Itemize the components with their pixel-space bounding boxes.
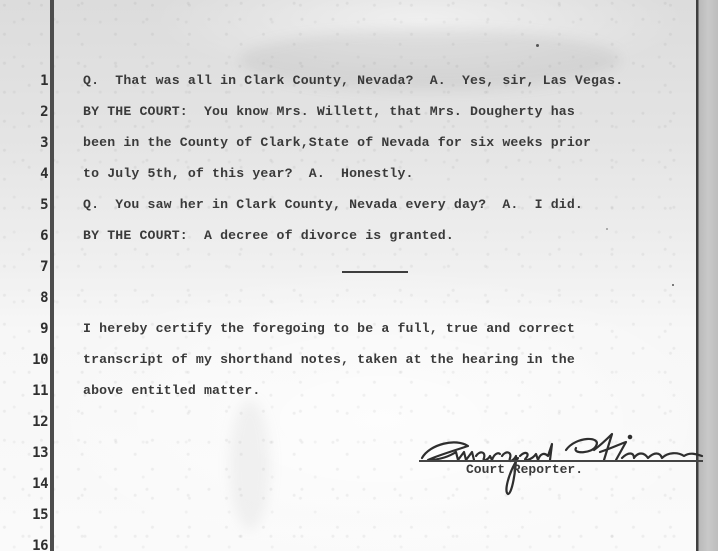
line-number: 6 [0, 228, 48, 244]
line-number: 3 [0, 135, 48, 151]
line-number: 13 [0, 445, 48, 461]
court-reporter-label: Court Reporter. [466, 462, 583, 478]
scan-smudge [230, 400, 270, 530]
line-number: 8 [0, 290, 48, 306]
line-number: 9 [0, 321, 48, 337]
transcript-page: 1 2 3 4 5 6 7 8 9 10 11 12 13 14 15 16 Q… [0, 0, 718, 551]
line-number: 4 [0, 166, 48, 182]
transcript-line: BY THE COURT: You know Mrs. Willett, tha… [83, 104, 575, 120]
line-number: 5 [0, 197, 48, 213]
line-number: 14 [0, 476, 48, 492]
transcript-line: Q. You saw her in Clark County, Nevada e… [83, 197, 583, 213]
line-number: 10 [0, 352, 48, 368]
line-number: 7 [0, 259, 48, 275]
line-number: 12 [0, 414, 48, 430]
left-margin-rule [50, 0, 54, 551]
scan-speck [672, 284, 674, 286]
line-number: 15 [0, 507, 48, 523]
line-number: 11 [0, 383, 48, 399]
transcript-line: Q. That was all in Clark County, Nevada?… [83, 73, 623, 89]
transcript-line: BY THE COURT: A decree of divorce is gra… [83, 228, 454, 244]
transcript-line: been in the County of Clark,State of Nev… [83, 135, 591, 151]
certification-line: above entitled matter. [83, 383, 260, 399]
certification-line: transcript of my shorthand notes, taken … [83, 352, 575, 368]
line-number: 1 [0, 73, 48, 89]
line-number: 2 [0, 104, 48, 120]
certification-line: I hereby certify the foregoing to be a f… [83, 321, 575, 337]
line-number: 16 [0, 538, 48, 551]
transcript-line: to July 5th, of this year? A. Honestly. [83, 166, 414, 182]
section-separator [342, 271, 408, 273]
scan-speck [536, 44, 539, 47]
scan-speck [606, 228, 608, 230]
